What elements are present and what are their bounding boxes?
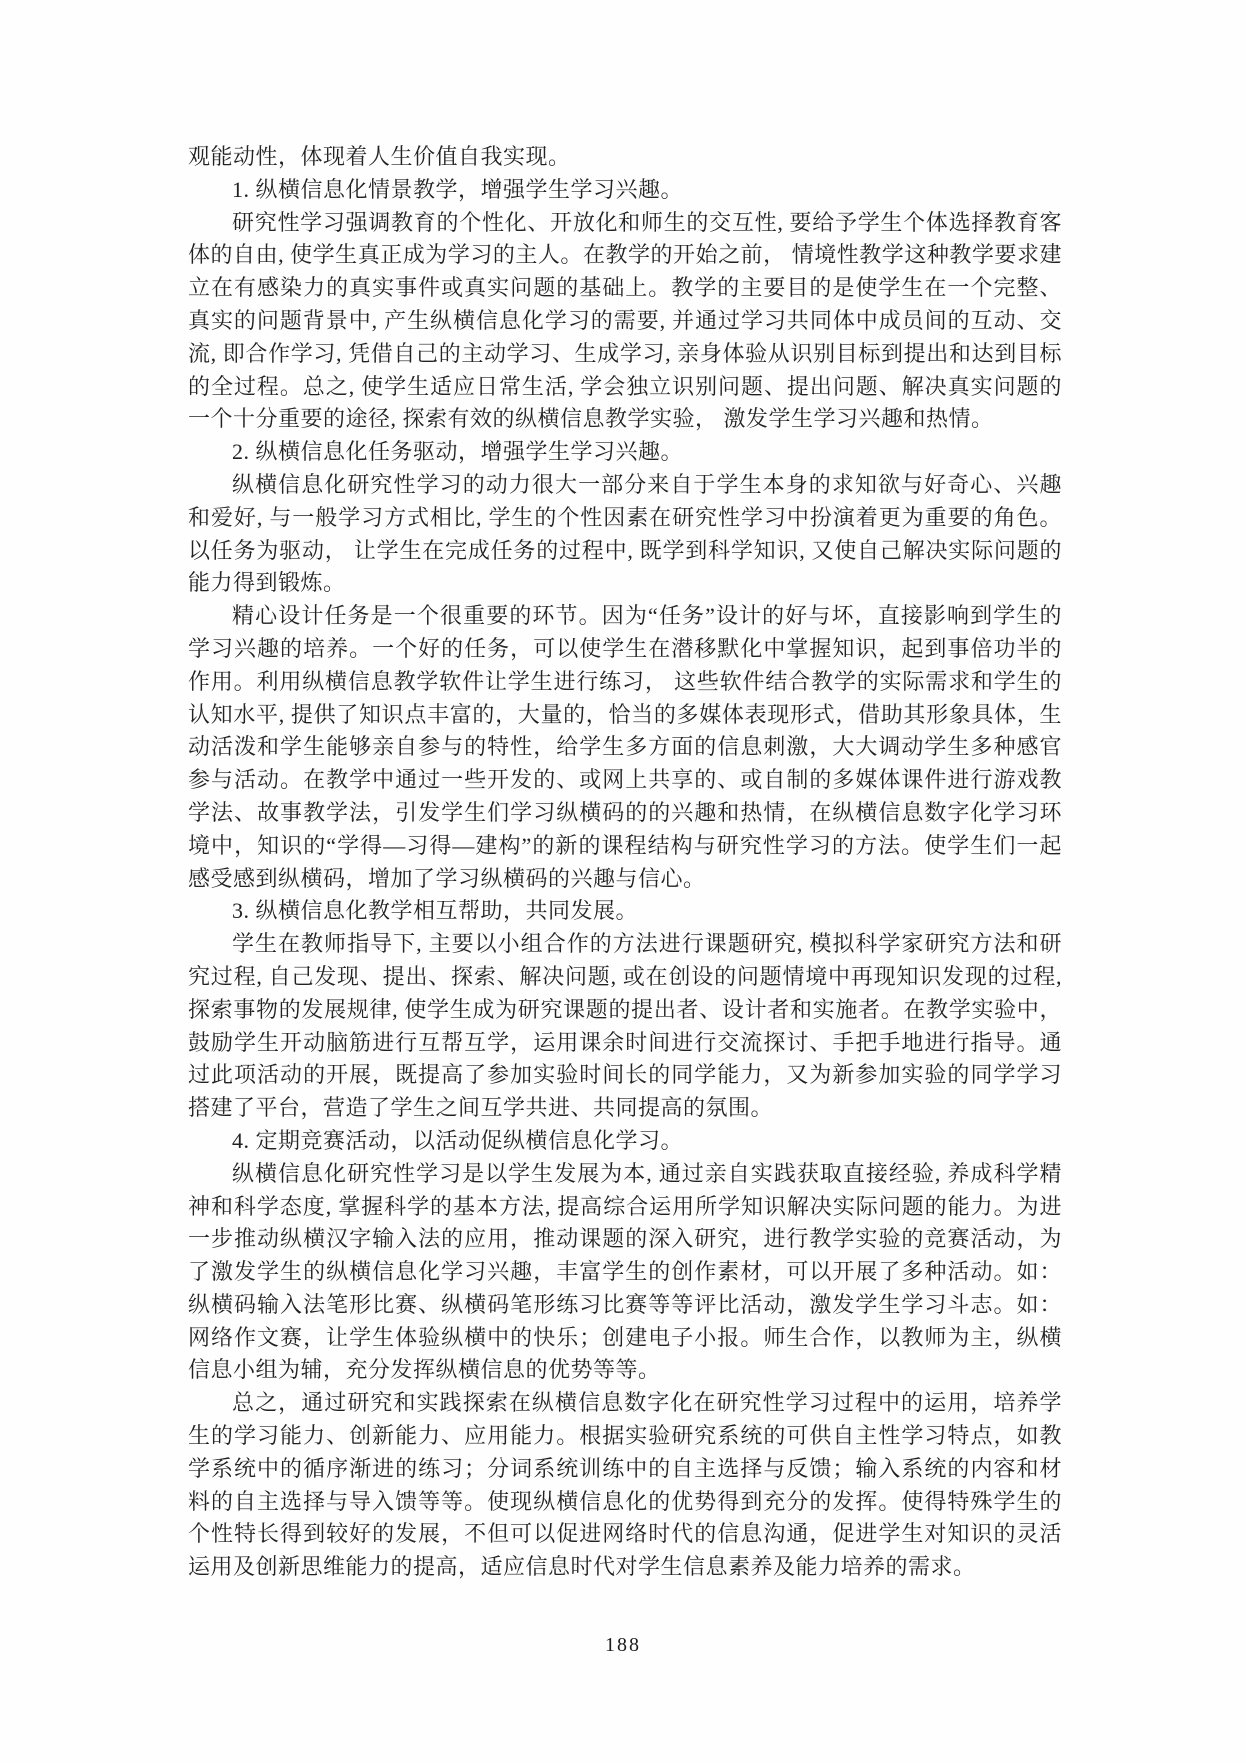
paragraph: 纵横信息化研究性学习的动力很大一部分来自于学生本身的求知欲与好奇心、兴趣和爱好,… bbox=[188, 469, 1062, 600]
page-number: 188 bbox=[0, 1634, 1246, 1657]
paragraph: 精心设计任务是一个很重要的环节。因为“任务”设计的好与坏，直接影响到学生的学习兴… bbox=[188, 600, 1062, 895]
section-heading: 2. 纵横信息化任务驱动，增强学生学习兴趣。 bbox=[188, 436, 1062, 469]
section-heading: 1. 纵横信息化情景教学，增强学生学习兴趣。 bbox=[188, 174, 1062, 207]
page-body-text: 观能动性，体现着人生价值自我实现。1. 纵横信息化情景教学，增强学生学习兴趣。研… bbox=[188, 141, 1062, 1584]
paragraph: 观能动性，体现着人生价值自我实现。 bbox=[188, 141, 1062, 174]
paragraph: 学生在教师指导下, 主要以小组合作的方法进行课题研究, 模拟科学家研究方法和研究… bbox=[188, 928, 1062, 1125]
paragraph: 研究性学习强调教育的个性化、开放化和师生的交互性, 要给予学生个体选择教育客体的… bbox=[188, 207, 1062, 437]
section-heading: 3. 纵横信息化教学相互帮助，共同发展。 bbox=[188, 895, 1062, 928]
document-page: 观能动性，体现着人生价值自我实现。1. 纵横信息化情景教学，增强学生学习兴趣。研… bbox=[0, 0, 1246, 1763]
paragraph: 纵横信息化研究性学习是以学生发展为本, 通过亲自实践获取直接经验, 养成科学精神… bbox=[188, 1158, 1062, 1388]
paragraph: 总之，通过研究和实践探索在纵横信息数字化在研究性学习过程中的运用，培养学生的学习… bbox=[188, 1387, 1062, 1584]
section-heading: 4. 定期竞赛活动，以活动促纵横信息化学习。 bbox=[188, 1125, 1062, 1158]
